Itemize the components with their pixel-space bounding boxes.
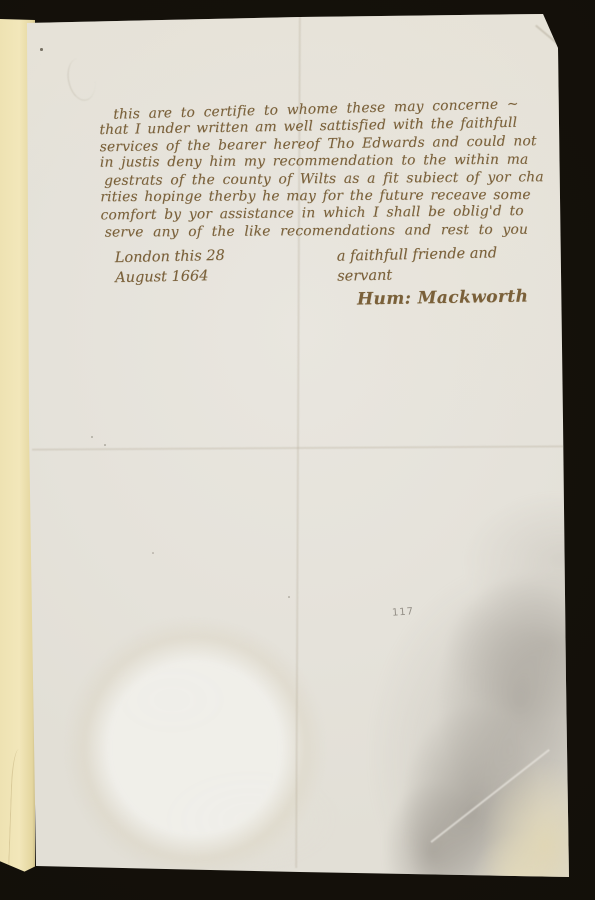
dateline-date: August 1664 (115, 266, 225, 288)
letter-closing: a faithfull friende and servant (337, 244, 498, 286)
manuscript-page: this are to certifie to whome these may … (0, 0, 595, 900)
paper-speck (104, 444, 106, 446)
paper-speck (40, 48, 43, 51)
paper-speck (152, 552, 154, 554)
closing-line: servant (337, 264, 498, 287)
manuscript-photo: this are to certifie to whome these may … (0, 0, 595, 900)
folio-number: 117 (392, 606, 415, 619)
paper-speck (288, 596, 290, 598)
dateline-place: London this 28 (115, 247, 225, 269)
signature: Hum: Mackworth (357, 287, 529, 310)
letter-line: serve any of the like recomendations and… (101, 221, 567, 242)
paper-speck (91, 436, 93, 438)
letter-body: this are to certifie to whome these may … (99, 98, 567, 243)
letter-place-date: London this 28 August 1664 (115, 247, 226, 288)
closing-line: a faithfull friende and (337, 244, 498, 267)
folder-tear-line (8, 749, 24, 879)
